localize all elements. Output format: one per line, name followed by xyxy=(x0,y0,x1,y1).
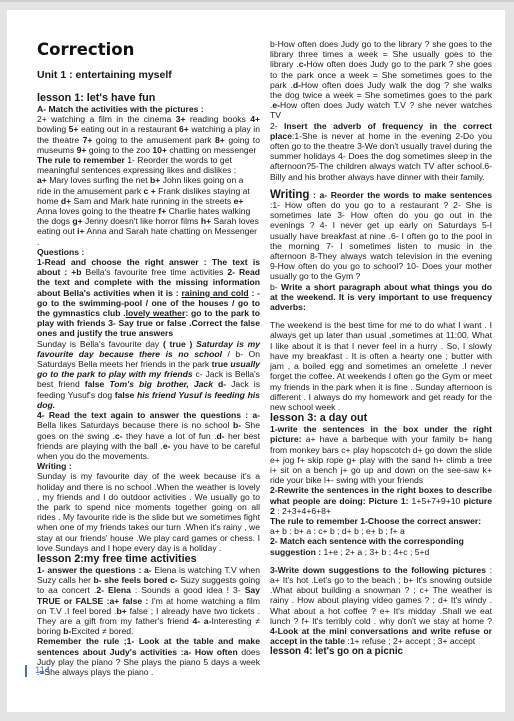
match-answers: 2+ watching a film in the cinema 3+ read… xyxy=(37,114,260,155)
viewer-top-border xyxy=(0,0,514,2)
lesson-3-answers: 1-write the sentences in the box under t… xyxy=(270,424,492,557)
weekend-paragraph: The weekend is the best time for me to d… xyxy=(270,320,492,412)
writing-paragraph: Sunday is my favourite day of the week b… xyxy=(37,471,260,553)
lesson-3-heading: lesson 3: a day out xyxy=(270,412,492,424)
lesson-1-heading: lesson 1: let's have fun xyxy=(37,92,260,104)
right-column: b-How often does Judy go to the library … xyxy=(270,39,492,658)
judy-answers: b-How often does Judy go to the library … xyxy=(270,39,492,182)
lesson-2-answers: 1- answer the questions : a- Elena is wa… xyxy=(37,565,260,677)
lesson-1-match-activities: A- Match the activities with the picture… xyxy=(37,104,260,155)
lesson-1-rule: The rule to remember 1- Reorder the word… xyxy=(37,155,260,247)
lesson-1-questions: 1-Read and choose the right answer : The… xyxy=(37,257,260,461)
page-number: 114 xyxy=(25,665,50,677)
lesson-4-heading: lesson 4: let's go on a picnic xyxy=(270,646,492,658)
lesson-3-suggestions: 3-Write down suggestions to the followin… xyxy=(270,565,492,647)
left-column: Correction Unit 1 : entertaining myself … xyxy=(37,40,260,677)
writing-section: Writing : a- Reorder the words to make s… xyxy=(270,190,492,312)
questions-label: Questions : xyxy=(37,247,260,257)
writing-label: Writing : xyxy=(37,461,260,471)
page-title: Correction xyxy=(37,40,260,60)
document-page: Correction Unit 1 : entertaining myself … xyxy=(7,10,505,712)
lesson-2-heading: lesson 2:my free time activities xyxy=(37,553,260,565)
unit-heading: Unit 1 : entertaining myself xyxy=(37,69,260,82)
